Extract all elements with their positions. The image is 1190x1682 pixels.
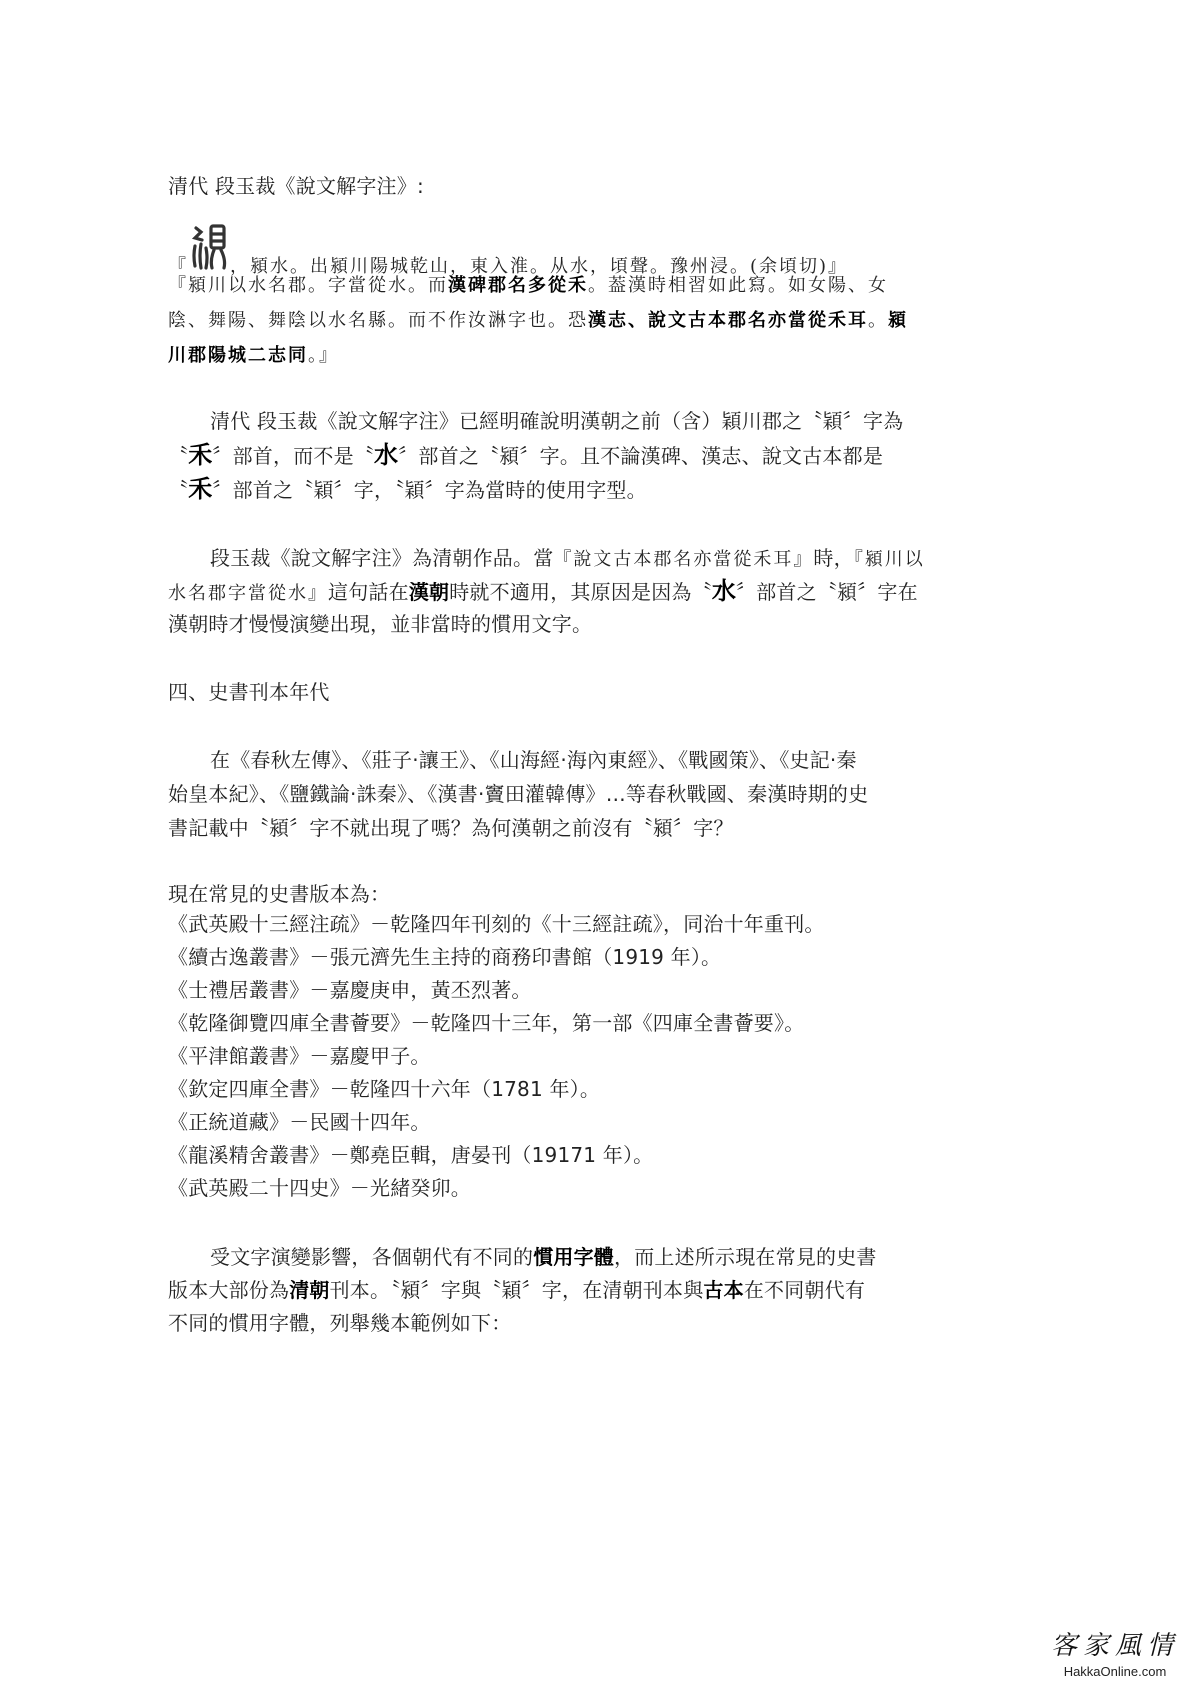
text-run: 〞部首之〝潁〞字。且不論漢碑、漢志、說文古本都是: [398, 444, 883, 468]
text-run-bold: 清朝: [289, 1278, 329, 1302]
paragraph-4-line-3: 不同的慣用字體，列舉幾本範例如下：: [168, 1309, 511, 1337]
text-run: 刊本。〝潁〞字與〝穎〞字，在清朝刊本與: [330, 1278, 704, 1302]
text-run: 時，: [813, 546, 853, 570]
paragraph-2-line-1: 段玉裁《說文解字注》為清朝作品。當『說文古本郡名亦當從禾耳』時，『潁川以: [210, 544, 925, 574]
text-run: 這句話在: [328, 580, 409, 604]
paragraph-1-line-1: 清代 段玉裁《說文解字注》已經明確說明漢朝之前（含）穎川郡之〝穎〞字為: [210, 407, 903, 435]
emphasis-radical: 禾: [188, 475, 212, 503]
paragraph-2-line-2: 水名郡字當從水』這句話在漢朝時就不適用，其原因是因為〝水〞部首之〝潁〞字在: [168, 577, 918, 608]
quoted-text: 『說文古本郡名亦當從禾耳』: [553, 549, 813, 570]
paragraph-4-line-1: 受文字演變影響，各個朝代有不同的慣用字體，而上述所示現在常見的史書: [210, 1243, 877, 1271]
quoted-text: 水名郡字當從水』: [168, 583, 328, 604]
text-run: 〝: [168, 444, 188, 468]
quote-commentary-line-2: 陰、舞陽、舞陰以水名縣。而不作汝㵉字也。恐漢志、說文古本郡名亦當從禾耳。潁: [168, 307, 908, 335]
paragraph-1-line-2: 〝禾〞部首，而不是〝水〞部首之〝潁〞字。且不論漢碑、漢志、說文古本都是: [168, 441, 883, 470]
emphasis-radical: 水: [712, 577, 736, 605]
heading-duan-yucai: 清代 段玉裁《說文解字注》:: [168, 172, 424, 200]
text-run: 〞部首之〝潁〞字在: [736, 580, 918, 604]
paragraph-2-line-3: 漢朝時才慢慢演變出現，並非當時的慣用文字。: [168, 610, 592, 638]
text-run: 〝: [168, 478, 188, 502]
text-run: 。』: [308, 345, 339, 366]
paragraph-1-line-3: 〝禾〞部首之〝穎〞字，〝穎〞字為當時的使用字型。: [168, 475, 647, 504]
emphasis-radical: 水: [374, 441, 398, 469]
text-run-bold: 慣用字體: [533, 1245, 614, 1269]
edition-item: 《欽定四庫全書》－乾隆四十六年（1781 年）。: [168, 1075, 600, 1103]
watermark-calligraphy-logo: 客家風情: [1050, 1625, 1180, 1662]
text-run-bold: 川郡陽城二志同: [168, 345, 308, 366]
emphasis-radical: 禾: [188, 441, 212, 469]
edition-item: 《武英殿二十四史》－光緒癸卯。: [168, 1174, 471, 1202]
hakka-online-watermark: 客家風情 HakkaOnline.com: [1050, 1625, 1180, 1679]
text-run: 『潁川以水名郡。字當從水。而: [168, 275, 448, 296]
text-run-bold: 古本: [703, 1278, 743, 1302]
text-run-bold: 漢朝: [409, 580, 449, 604]
text-run: 受文字演變影響，各個朝代有不同的: [210, 1245, 533, 1269]
text-run: 版本大部份為: [168, 1278, 289, 1302]
text-run: 。: [868, 310, 888, 331]
text-run: 。葢漢時相習如此寫。如女陽、女: [588, 275, 888, 296]
text-run-bold: 漢志、說文古本郡名亦當從禾耳: [588, 310, 868, 331]
edition-item: 《平津館叢書》－嘉慶甲子。: [168, 1042, 431, 1070]
text-run: 在不同朝代有: [744, 1278, 865, 1302]
text-run-bold: 漢碑郡名多從禾: [448, 275, 588, 296]
watermark-site-name: HakkaOnline.com: [1050, 1664, 1180, 1679]
edition-item: 《續古逸叢書》－張元濟先生主持的商務印書館（1919 年）。: [168, 943, 721, 971]
text-run: ，而上述所示現在常見的史書: [614, 1245, 877, 1269]
editions-intro: 現在常見的史書版本為：: [168, 880, 390, 908]
text-run: 陰、舞陽、舞陰以水名縣。而不作汝㵉字也。恐: [168, 310, 588, 331]
paragraph-4-line-2: 版本大部份為清朝刊本。〝潁〞字與〝穎〞字，在清朝刊本與古本在不同朝代有: [168, 1276, 865, 1304]
edition-item: 《士禮居叢書》－嘉慶庚申，黃丕烈著。: [168, 976, 532, 1004]
text-run: 段玉裁《說文解字注》為清朝作品。當: [210, 546, 553, 570]
text-run: 〞部首，而不是〝: [212, 444, 374, 468]
quote-commentary-line-1: 『潁川以水名郡。字當從水。而漢碑郡名多從禾。葢漢時相習如此寫。如女陽、女: [168, 272, 888, 300]
edition-item: 《乾隆御覽四庫全書薈要》－乾隆四十三年，第一部《四庫全書薈要》。: [168, 1009, 804, 1037]
edition-item: 《武英殿十三經注疏》－乾隆四年刊刻的《十三經註疏》，同治十年重刊。: [168, 910, 825, 938]
paragraph-3-line-2: 始皇本紀》、《鹽鐵論·誅秦》、《漢書·竇田灌韓傳》…等春秋戰國、秦漢時期的史: [168, 780, 868, 808]
text-run-bold: 潁: [888, 310, 908, 331]
quoted-text: 『潁川以: [854, 549, 925, 570]
paragraph-3-line-1: 在《春秋左傳》、《莊子·讓王》、《山海經·海內東經》、《戰國策》、《史記·秦: [210, 746, 857, 774]
paragraph-3-line-3: 書記載中〝潁〞字不就出現了嗎？為何漢朝之前沒有〝潁〞字？: [168, 814, 734, 842]
text-run: 時就不適用，其原因是因為〝: [449, 580, 712, 604]
edition-item: 《龍溪精舍叢書》－鄭堯臣輯，唐晏刊（19171 年）。: [168, 1141, 653, 1169]
section-heading: 四、史書刊本年代: [168, 678, 330, 706]
edition-item: 《正統道藏》－民國十四年。: [168, 1108, 431, 1136]
quote-commentary-line-3: 川郡陽城二志同。』: [168, 342, 339, 370]
text-run: 〞部首之〝穎〞字，〝穎〞字為當時的使用字型。: [212, 478, 646, 502]
